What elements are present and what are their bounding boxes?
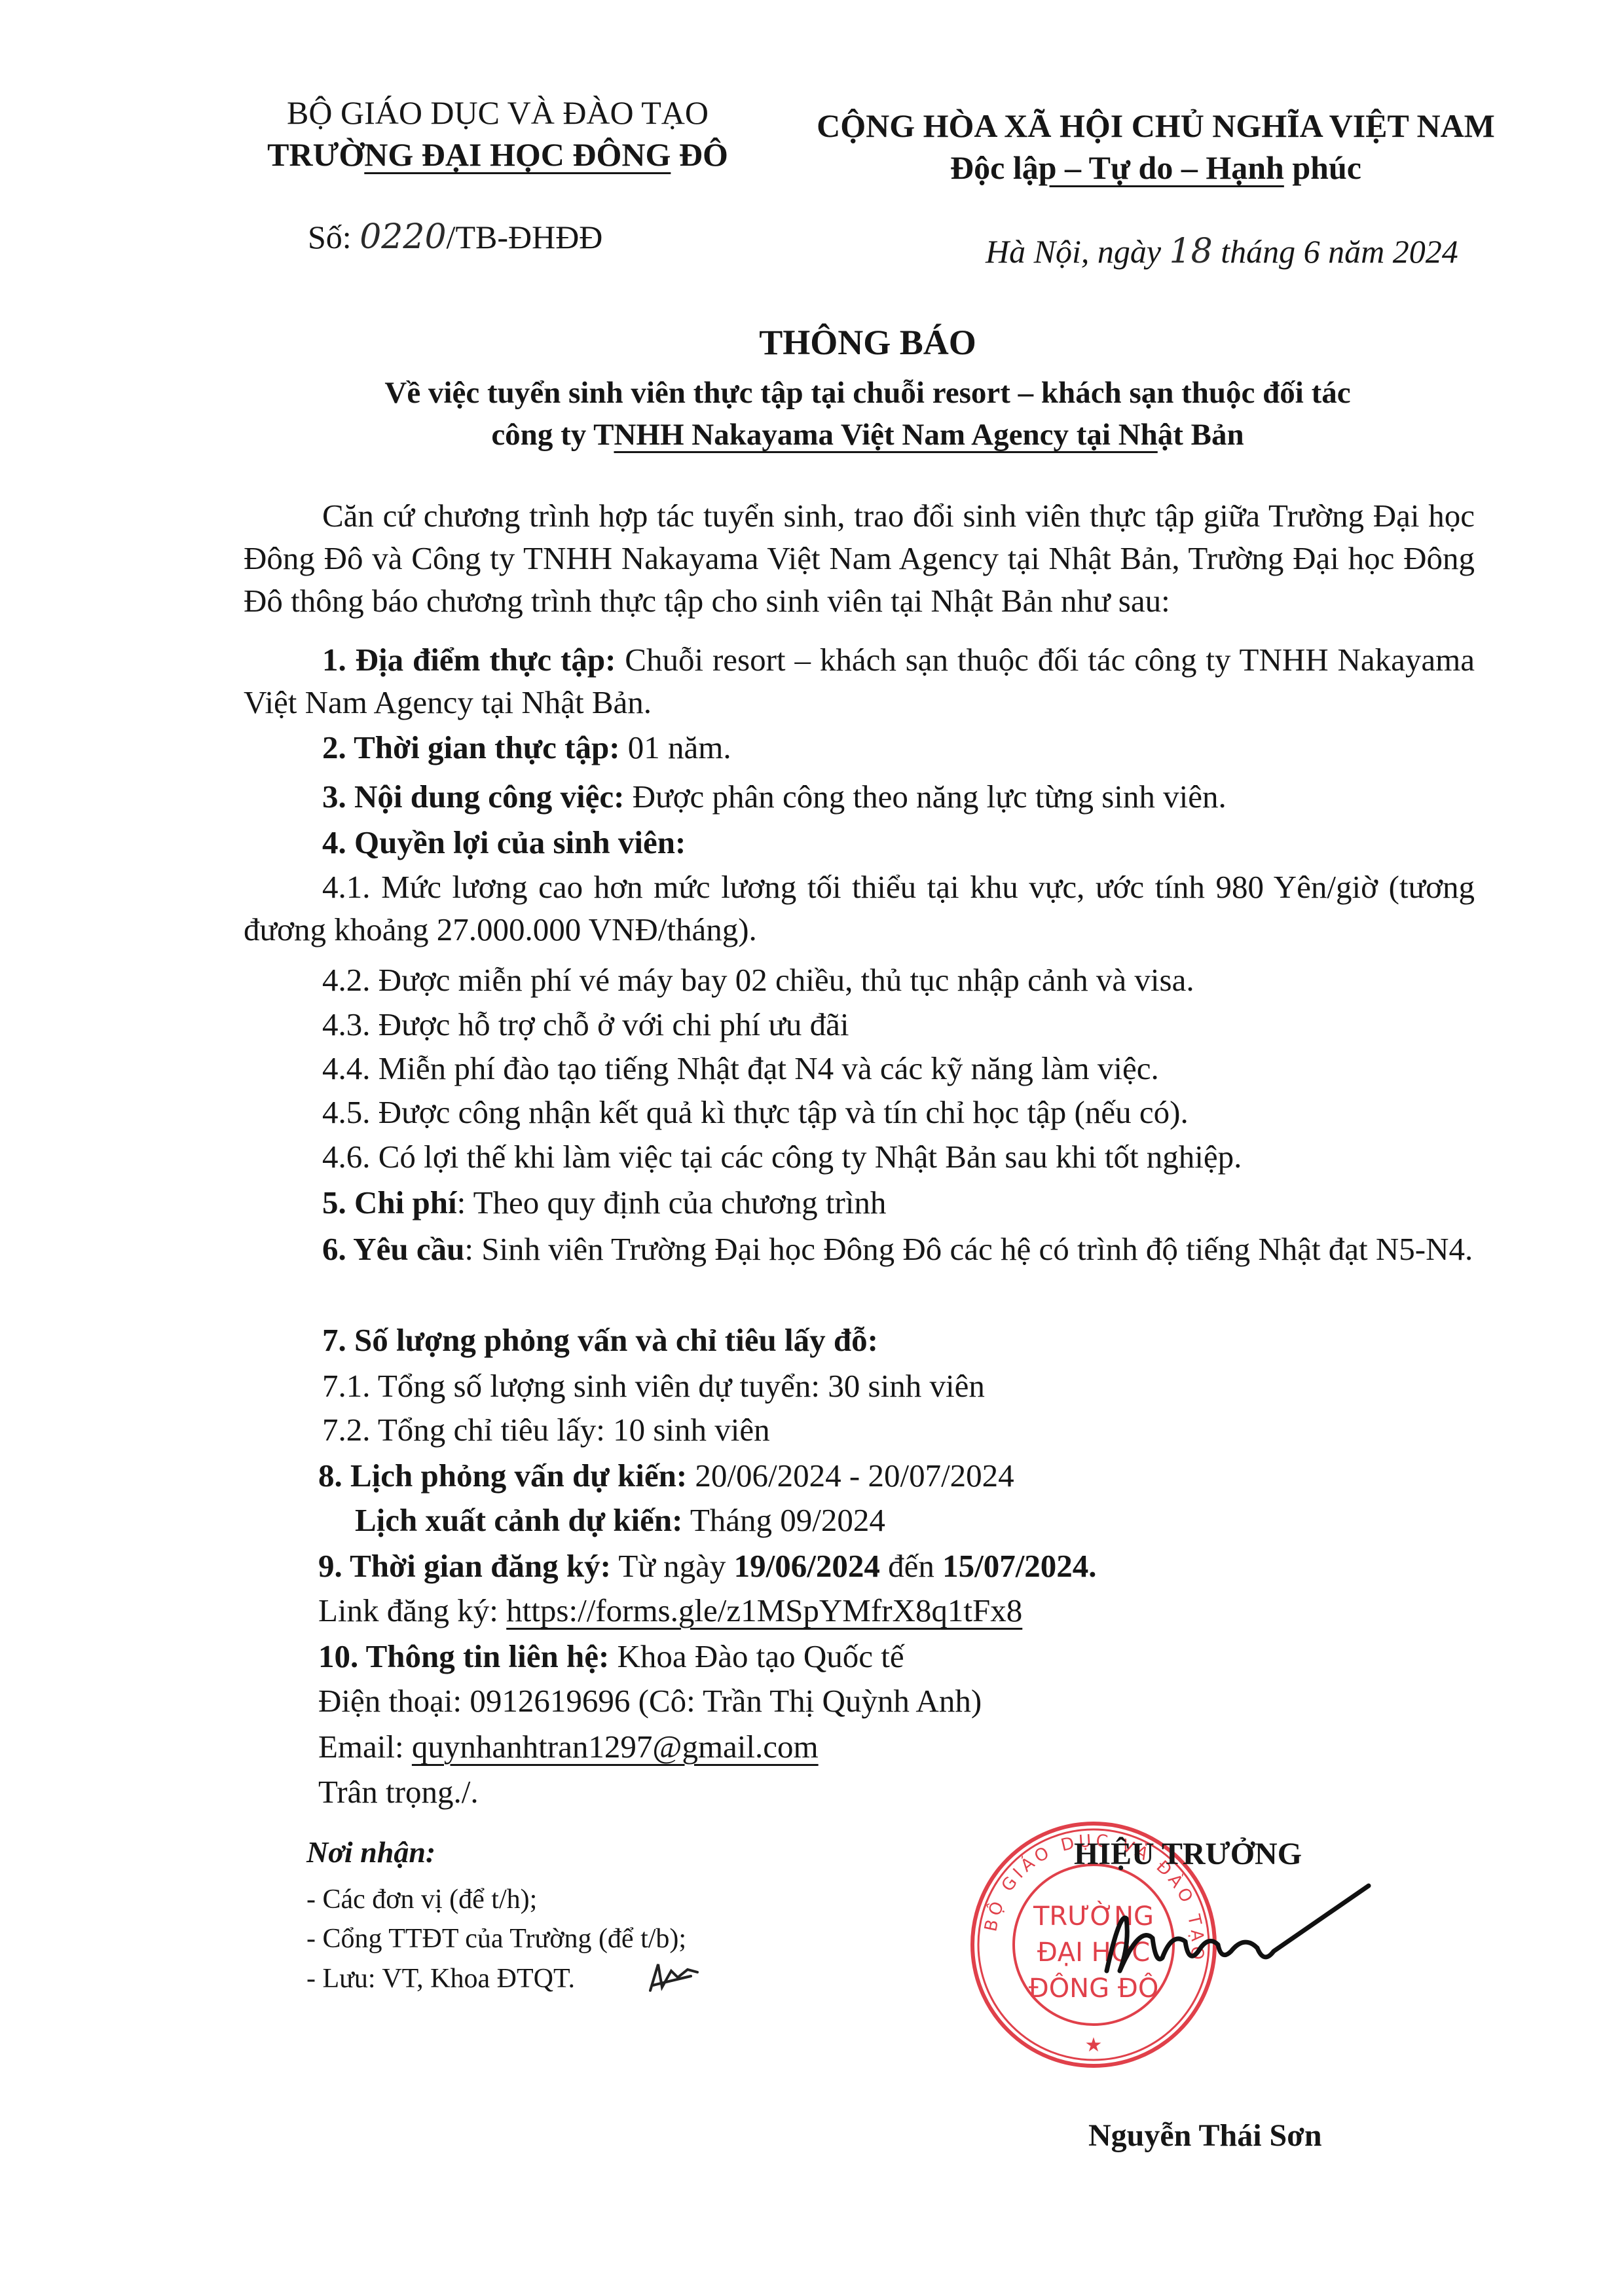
contact-email[interactable]: quynhanhtran1297@gmail.com	[412, 1729, 819, 1765]
header-right: CỘNG HÒA XÃ HỘI CHỦ NGHĨA VIỆT NAM Độc l…	[796, 105, 1516, 189]
document-title: THÔNG BÁO	[229, 321, 1506, 364]
departure-schedule: Lịch xuất cảnh dự kiến: Tháng 09/2024	[355, 1499, 885, 1541]
handwritten-signature-icon	[1100, 1873, 1375, 1991]
document-date: Hà Nội, ngày 18 tháng 6 năm 2024	[986, 230, 1458, 272]
benefit-item: 4.1. Mức lương cao hơn mức lương tối thi…	[244, 866, 1475, 951]
section-3: 3. Nội dung công việc: Được phân công th…	[322, 776, 1227, 818]
closing: Trân trọng./.	[318, 1771, 479, 1813]
section-6: 6. Yêu cầu: Sinh viên Trường Đại học Đôn…	[244, 1228, 1475, 1270]
benefit-item: 4.3. Được hỗ trợ chỗ ở với chi phí ưu đã…	[322, 1004, 849, 1046]
contact-phone: Điện thoại: 0912619696 (Cô: Trần Thị Quỳ…	[318, 1680, 982, 1722]
intro-paragraph: Căn cứ chương trình hợp tác tuyển sinh, …	[244, 494, 1475, 622]
handwritten-number: 0220	[360, 217, 446, 257]
benefit-item: 4.6. Có lợi thế khi làm việc tại các côn…	[322, 1136, 1242, 1178]
signer-name: Nguyễn Thái Sơn	[1088, 2115, 1322, 2157]
section-5: 5. Chi phí: Theo quy định của chương trì…	[322, 1182, 886, 1224]
nation-name: CỘNG HÒA XÃ HỘI CHỦ NGHĨA VIỆT NAM	[796, 105, 1516, 147]
benefit-item: 4.2. Được miễn phí vé máy bay 02 chiều, …	[322, 959, 1194, 1001]
quota-item: 7.2. Tổng chỉ tiêu lấy: 10 sinh viên	[322, 1409, 770, 1451]
registration-link-line: Link đăng ký: https://forms.gle/z1MSpYMf…	[318, 1590, 1022, 1632]
section-1: 1. Địa điểm thực tập: Chuỗi resort – khá…	[244, 638, 1475, 724]
document-number: Số: 0220/TB-ĐHĐĐ	[308, 216, 602, 258]
handwritten-day: 18	[1170, 232, 1213, 271]
section-4-heading: 4. Quyền lợi của sinh viên:	[322, 822, 686, 864]
benefit-item: 4.4. Miễn phí đào tạo tiếng Nhật đạt N4 …	[322, 1048, 1159, 1090]
school-name: TRƯỜNG ĐẠI HỌC ĐÔNG ĐÔ	[249, 134, 747, 175]
school-name-underlined: NG ĐẠI HỌC ĐÔNG	[364, 136, 671, 173]
recipients-title: Nơi nhận:	[306, 1833, 435, 1871]
document-subtitle: Về việc tuyển sinh viên thực tập tại chu…	[229, 372, 1506, 456]
quota-item: 7.1. Tổng số lượng sinh viên dự tuyển: 3…	[322, 1365, 985, 1407]
recipient-item: - Lưu: VT, Khoa ĐTQT.	[306, 1960, 575, 1998]
header-left: BỘ GIÁO DỤC VÀ ĐÀO TẠO TRƯỜNG ĐẠI HỌC ĐÔ…	[249, 92, 747, 175]
svg-text:★: ★	[1085, 2034, 1103, 2057]
signer-position: HIỆU TRƯỞNG	[1074, 1833, 1302, 1875]
registration-link[interactable]: https://forms.gle/z1MSpYMfrX8q1tFx8	[506, 1592, 1022, 1628]
section-8: 8. Lịch phỏng vấn dự kiến: 20/06/2024 - …	[318, 1455, 1014, 1497]
contact-email-line: Email: quynhanhtran1297@gmail.com	[318, 1726, 819, 1768]
benefit-item: 4.5. Được công nhận kết quả kì thực tập …	[322, 1092, 1189, 1133]
recipient-item: - Cổng TTĐT của Trường (để t/b);	[306, 1920, 686, 1958]
section-7-heading: 7. Số lượng phỏng vấn và chỉ tiêu lấy đỗ…	[322, 1319, 878, 1361]
ministry-name: BỘ GIÁO DỤC VÀ ĐÀO TẠO	[249, 92, 747, 134]
recipient-item: - Các đơn vị (để t/h);	[306, 1881, 537, 1919]
section-10: 10. Thông tin liên hệ: Khoa Đào tạo Quốc…	[318, 1636, 904, 1678]
motto: Độc lập – Tự do – Hạnh phúc	[796, 147, 1516, 189]
section-2: 2. Thời gian thực tập: 01 năm.	[322, 727, 731, 769]
initials-signature-icon	[645, 1958, 704, 1997]
section-9: 9. Thời gian đăng ký: Từ ngày 19/06/2024…	[318, 1545, 1097, 1587]
